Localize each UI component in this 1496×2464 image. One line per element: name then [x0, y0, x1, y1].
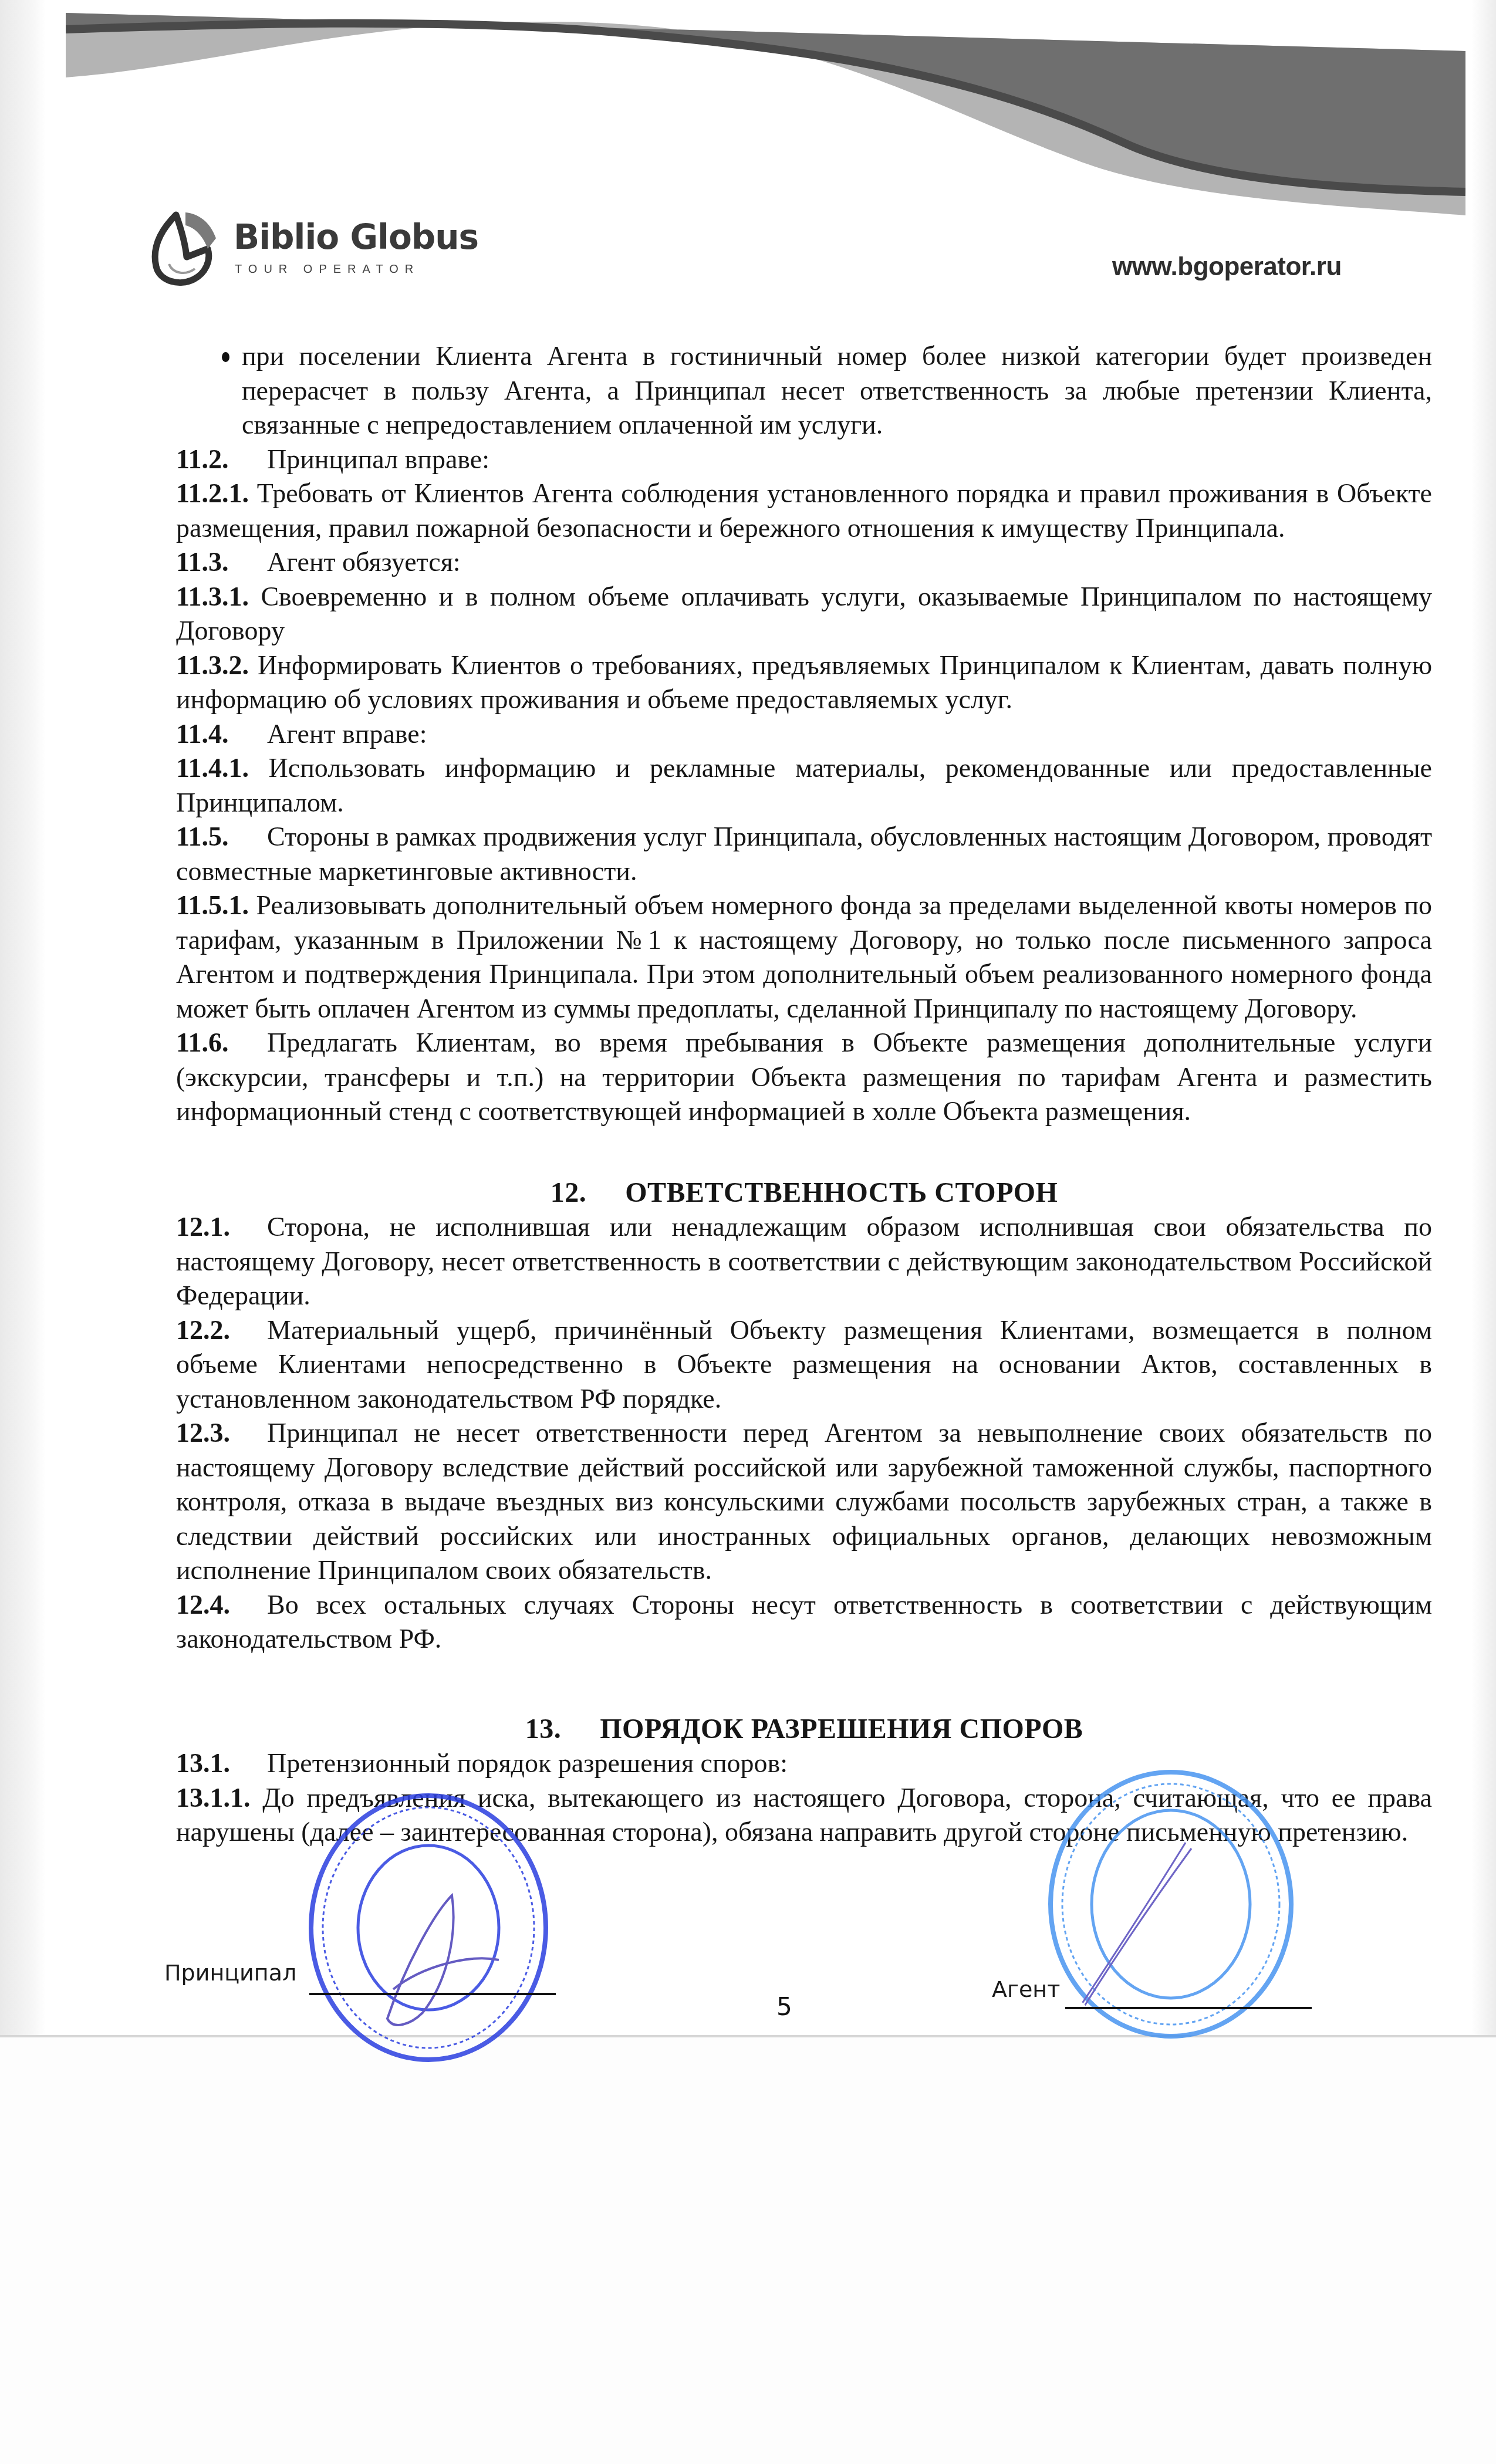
bullet-text: при поселении Клиента Агента в гостиничн…: [242, 341, 1432, 440]
clause-text: Предлагать Клиентам, во время пребывания…: [176, 1027, 1432, 1126]
clause-text: Реализовывать дополнительный объем номер…: [176, 890, 1432, 1023]
clause-number: 13.1.: [176, 1746, 267, 1781]
brand-logo: Biblio Globus TOUR OPERATOR: [151, 210, 480, 286]
clause-text: Претензионный порядок разрешения споров:: [267, 1748, 788, 1778]
clause-11-3-1: 11.3.1. Своевременно и в полном объеме о…: [176, 580, 1432, 648]
page-number: 5: [776, 1992, 792, 2021]
bullet-item: при поселении Клиента Агента в гостиничн…: [176, 339, 1432, 442]
agent-signature-label: Агент: [992, 1976, 1060, 2002]
clause-text: Своевременно и в полном объеме оплачиват…: [176, 582, 1432, 646]
clause-number: 12.1.: [176, 1210, 267, 1245]
clause-text: Стороны в рамках продвижения услуг Принц…: [176, 822, 1432, 886]
clause-12-2: 12.2.Материальный ущерб, причинённый Объ…: [176, 1313, 1432, 1417]
principal-signature-line: [309, 1993, 556, 1995]
clause-11-3-2: 11.3.2. Информировать Клиентов о требова…: [176, 648, 1432, 717]
clause-number: 11.2.1.: [176, 476, 249, 511]
agent-stamp-icon: [1045, 1766, 1297, 2042]
clause-text: Материальный ущерб, причинённый Объекту …: [176, 1315, 1432, 1414]
clause-11-2-1: 11.2.1. Требовать от Клиентов Агента соб…: [176, 476, 1432, 545]
clause-11-2: 11.2.Принципал вправе:: [176, 442, 1432, 477]
clause-text: Агент вправе:: [267, 719, 427, 749]
section-12-heading: 12.ОТВЕТСТВЕННОСТЬ СТОРОН: [176, 1176, 1432, 1211]
clause-number: 11.2.: [176, 442, 267, 477]
biblio-globus-logo-icon: [151, 210, 221, 286]
section-spacer: [176, 1129, 1432, 1176]
clause-text: Агент обязуется:: [267, 547, 461, 577]
clause-number: 12.2.: [176, 1313, 267, 1348]
section-number: 12.: [551, 1176, 587, 1211]
scan-bottom-edge: [0, 2035, 1496, 2037]
clause-number: 12.4.: [176, 1588, 267, 1623]
clause-text: Принципал не несет ответственности перед…: [176, 1418, 1432, 1585]
agent-signature-line: [1065, 2007, 1312, 2009]
scan-left-edge: [0, 0, 46, 2037]
clause-11-4-1: 11.4.1. Использовать информацию и реклам…: [176, 751, 1432, 820]
contract-body: при поселении Клиента Агента в гостиничн…: [176, 339, 1432, 1850]
clause-text: Сторона, не исполнившая или ненадлежащим…: [176, 1212, 1432, 1310]
clause-11-6: 11.6.Предлагать Клиентам, во время пребы…: [176, 1026, 1432, 1129]
clause-text: Информировать Клиентов о требованиях, пр…: [176, 650, 1432, 715]
section-title: ПОРЯДОК РАЗРЕШЕНИЯ СПОРОВ: [600, 1713, 1083, 1745]
scan-right-edge: [1471, 0, 1496, 2037]
clause-11-3: 11.3.Агент обязуется:: [176, 545, 1432, 580]
clause-number: 13.1.1.: [176, 1781, 251, 1816]
clause-12-1: 12.1.Сторона, не исполнившая или ненадле…: [176, 1210, 1432, 1313]
section-number: 13.: [525, 1712, 562, 1747]
clause-text: Требовать от Клиентов Агента соблюдения …: [176, 478, 1432, 543]
clause-11-5-1: 11.5.1. Реализовывать дополнительный объ…: [176, 888, 1432, 1026]
clause-12-3: 12.3.Принципал не несет ответственности …: [176, 1416, 1432, 1588]
section-spacer: [176, 1657, 1432, 1712]
clause-number: 11.4.: [176, 717, 267, 752]
principal-signature-label: Принципал: [164, 1960, 296, 1986]
section-title: ОТВЕТСТВЕННОСТЬ СТОРОН: [625, 1177, 1058, 1208]
section-13-heading: 13.ПОРЯДОК РАЗРЕШЕНИЯ СПОРОВ: [176, 1712, 1432, 1747]
principal-stamp-icon: [305, 1790, 552, 2066]
brand-name: Biblio Globus: [234, 217, 478, 257]
clause-number: 11.3.2.: [176, 648, 249, 683]
clause-number: 11.6.: [176, 1026, 267, 1060]
clause-13-1: 13.1.Претензионный порядок разрешения сп…: [176, 1746, 1432, 1781]
clause-number: 11.5.: [176, 820, 267, 854]
website-link[interactable]: www.bgoperator.ru: [1112, 252, 1342, 282]
brand-tagline: TOUR OPERATOR: [235, 263, 420, 276]
header-wave-decoration: [66, 13, 1465, 215]
clause-text: Использовать информацию и рекламные мате…: [176, 753, 1432, 817]
scanned-page: Biblio Globus TOUR OPERATOR www.bgoperat…: [0, 0, 1496, 2037]
clause-11-5: 11.5.Стороны в рамках продвижения услуг …: [176, 820, 1432, 888]
clause-12-4: 12.4.Во всех остальных случаях Стороны н…: [176, 1588, 1432, 1657]
clause-text: Принципал вправе:: [267, 444, 489, 474]
clause-text: Во всех остальных случаях Стороны несут …: [176, 1590, 1432, 1654]
clause-number: 11.5.1.: [176, 888, 249, 923]
bullet-icon: [222, 352, 229, 362]
clause-number: 11.4.1.: [176, 751, 249, 786]
clause-number: 12.3.: [176, 1416, 267, 1451]
clause-11-4: 11.4.Агент вправе:: [176, 717, 1432, 752]
clause-number: 11.3.1.: [176, 580, 249, 614]
clause-number: 11.3.: [176, 545, 267, 580]
